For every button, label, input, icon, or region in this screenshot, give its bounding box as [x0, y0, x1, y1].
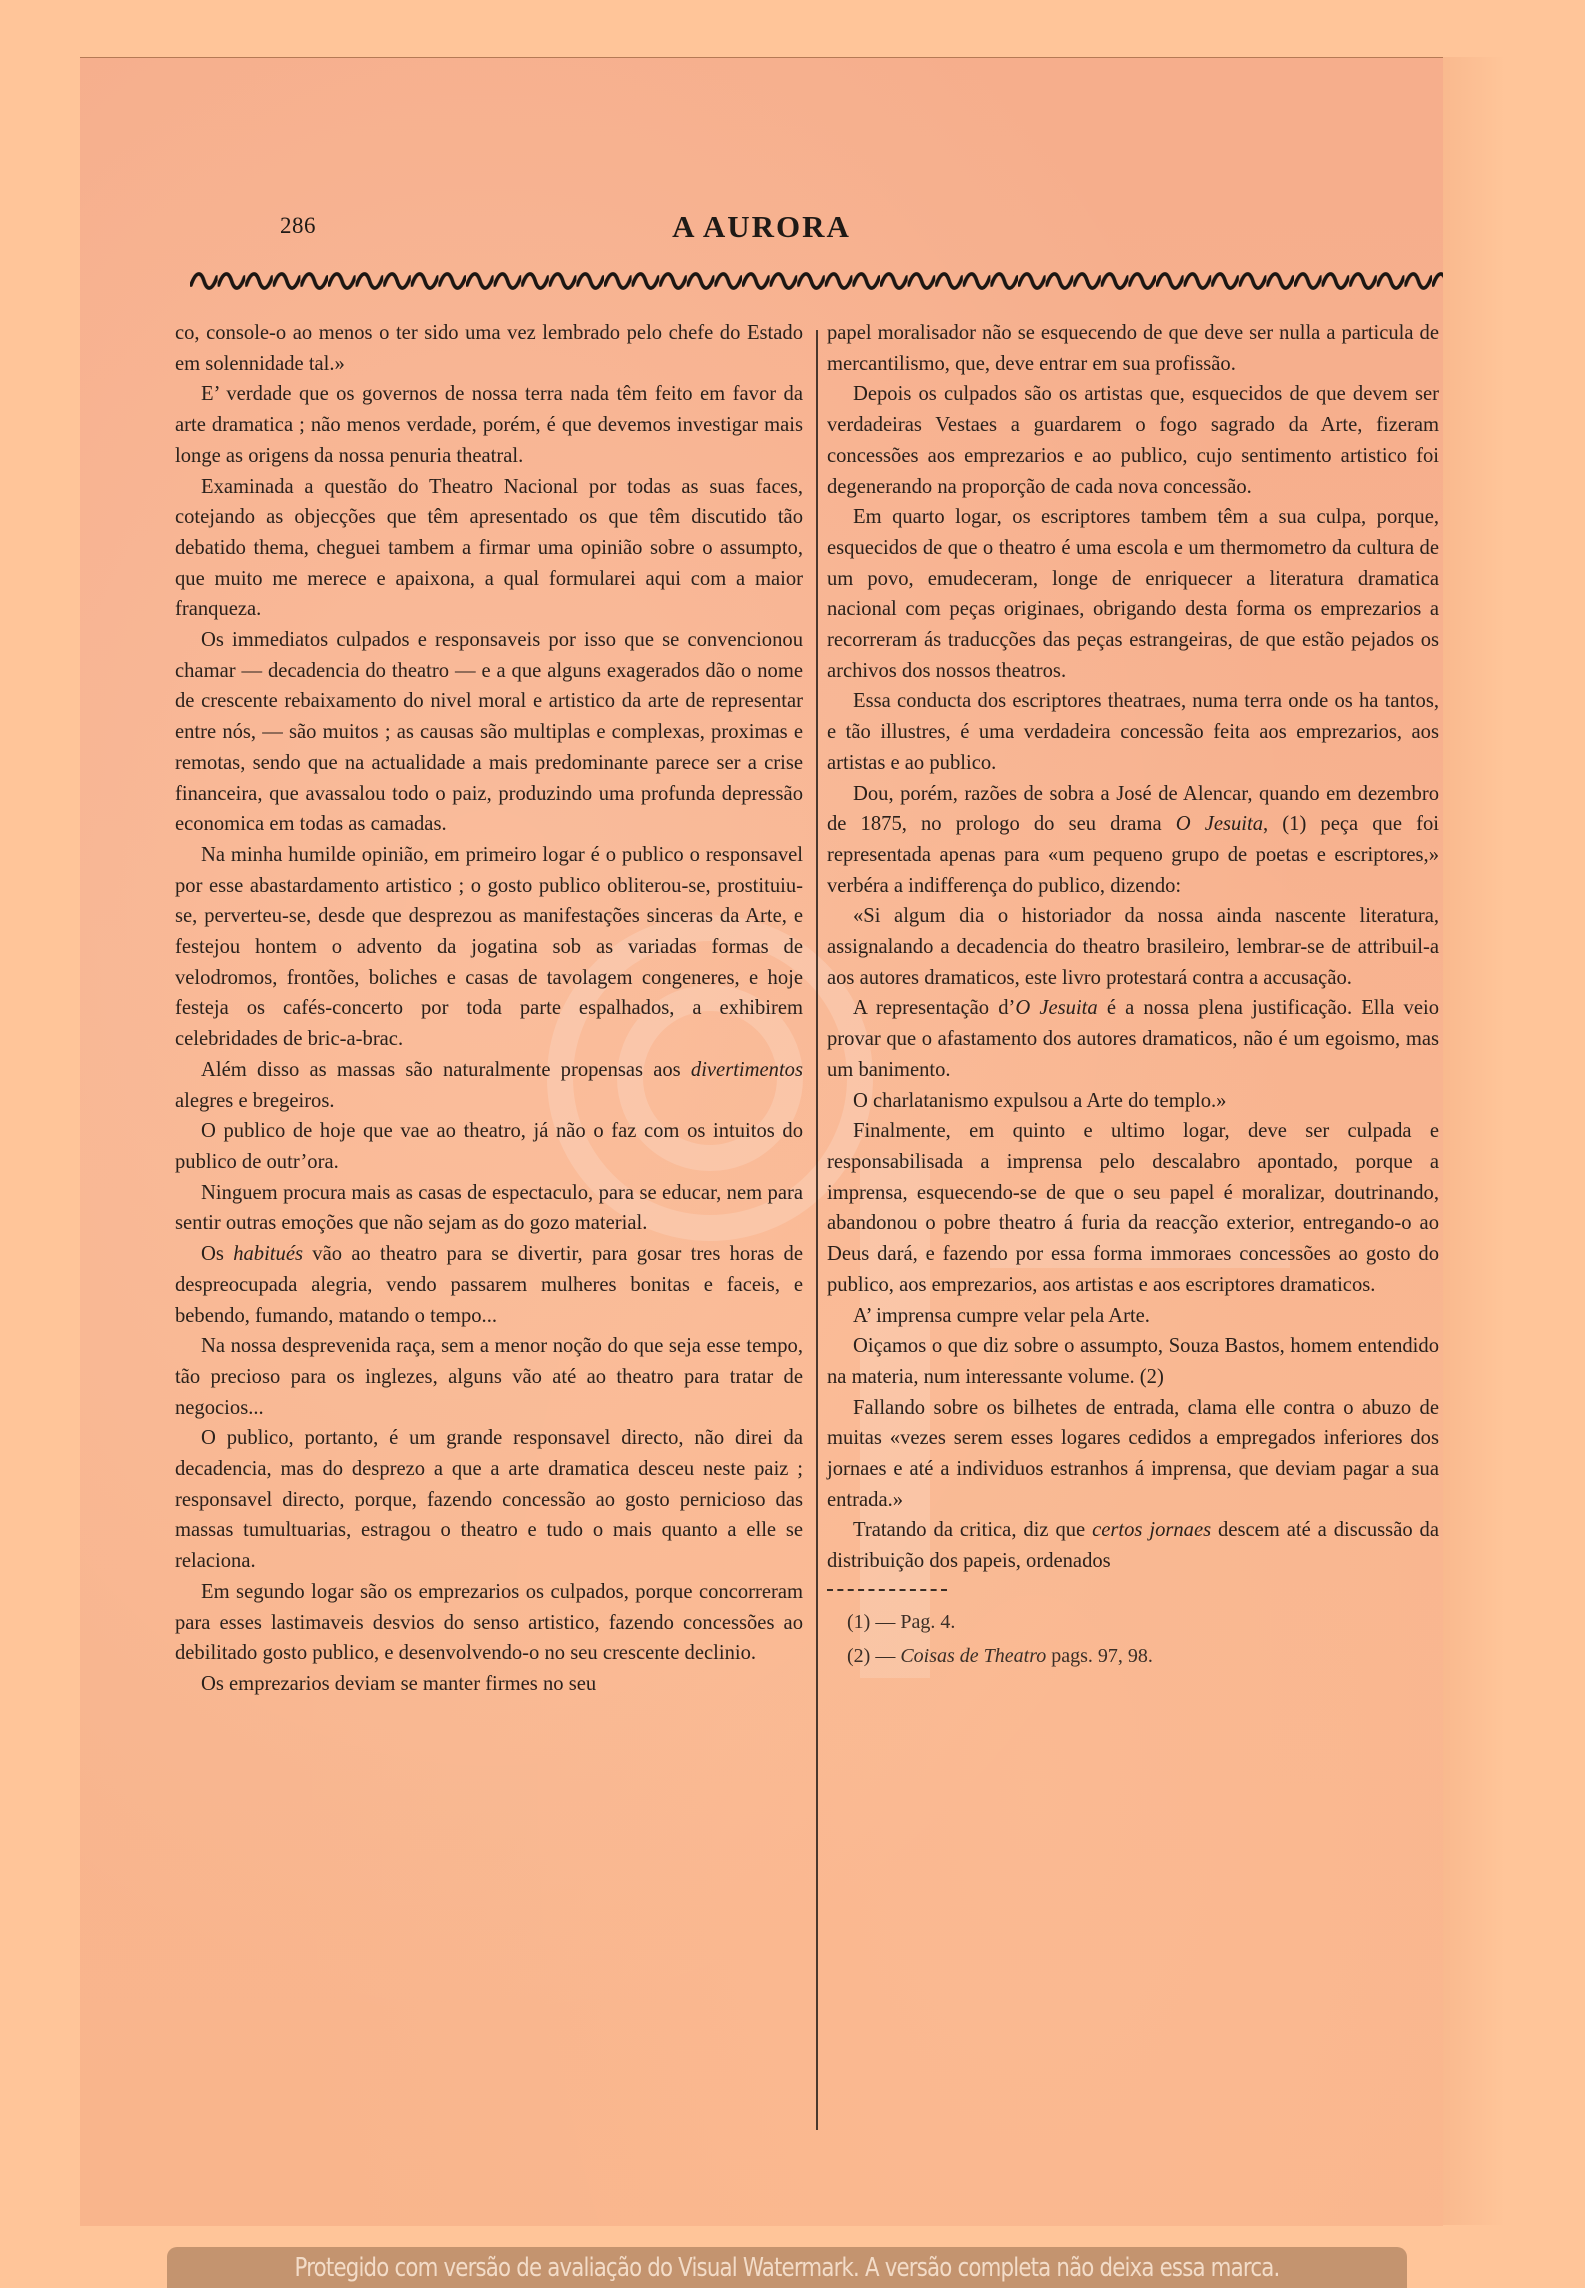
paragraph: E’ verdade que os governos de nossa terr…	[175, 379, 803, 471]
text-run: Tratando da critica, diz que	[853, 1519, 1092, 1541]
paragraph: Ninguem procura mais as casas de especta…	[175, 1178, 803, 1239]
paragraph: Na minha humilde opinião, em primeiro lo…	[175, 840, 803, 1055]
paragraph: Oiçamos o que diz sobre o assumpto, Souz…	[827, 1331, 1439, 1392]
italic-title: Coisas de Theatro	[900, 1645, 1046, 1667]
left-column: co, console-o ao menos o ter sido uma ve…	[175, 318, 803, 1700]
text-run: A representação d’	[853, 997, 1015, 1019]
paragraph: Na nossa desprevenida raça, sem a menor …	[175, 1331, 803, 1423]
paragraph: O publico, portanto, é um grande respons…	[175, 1423, 803, 1577]
text-run: Além disso as massas são naturalmente pr…	[201, 1059, 691, 1081]
paragraph: Em segundo logar são os emprezarios os c…	[175, 1577, 803, 1669]
paragraph: Dou, porém, razões de sobra a José de Al…	[827, 779, 1439, 902]
italic-term: divertimentos	[691, 1059, 803, 1081]
paragraph: O publico de hoje que vae ao theatro, já…	[175, 1116, 803, 1177]
italic-title: O Jesuita	[1176, 813, 1263, 835]
paragraph: Examinada a questão do Theatro Nacional …	[175, 472, 803, 626]
footnote-2: (2) — Coisas de Theatro pags. 97, 98.	[847, 1639, 1439, 1673]
right-column: papel moralisador não se esquecendo de q…	[827, 318, 1439, 1673]
quote-paragraph: «Si algum dia o historiador da nossa ain…	[827, 901, 1439, 993]
paragraph: Essa conducta dos escriptores theatraes,…	[827, 686, 1439, 778]
journal-title: A AURORA	[80, 209, 1443, 245]
paragraph: papel moralisador não se esquecendo de q…	[827, 318, 1439, 379]
wave-ornament-divider	[190, 269, 1443, 293]
text-run: alegres e bregeiros.	[175, 1090, 335, 1112]
paragraph: Os habitués vão ao theatro para se diver…	[175, 1239, 803, 1331]
footnote-1: (1) — Pag. 4.	[847, 1605, 1439, 1639]
paragraph: Tratando da critica, diz que certos jorn…	[827, 1515, 1439, 1576]
watermark-banner: Protegido com versão de avaliação do Vis…	[167, 2247, 1407, 2288]
footnote-separator	[827, 1589, 947, 1591]
italic-term: habitués	[233, 1243, 303, 1265]
paragraph: Em quarto logar, os escriptores tambem t…	[827, 502, 1439, 686]
text-run: (1) — Pag. 4.	[847, 1611, 955, 1633]
italic-term: certos jornaes	[1092, 1519, 1211, 1541]
paragraph: Depois os culpados são os artistas que, …	[827, 379, 1439, 502]
text-run: (2) —	[847, 1645, 900, 1667]
italic-title: O Jesuita	[1015, 997, 1097, 1019]
quote-paragraph: A representação d’O Jesuita é a nossa pl…	[827, 993, 1439, 1085]
quote-paragraph: O charlatanismo expulsou a Arte do templ…	[827, 1086, 1439, 1117]
paragraph: Os immediatos culpados e responsaveis po…	[175, 625, 803, 840]
running-head: 286 A AURORA	[80, 213, 1443, 253]
paragraph: A’ imprensa cumpre velar pela Arte.	[827, 1301, 1439, 1332]
paragraph: Finalmente, em quinto e ultimo logar, de…	[827, 1116, 1439, 1300]
paragraph: Fallando sobre os bilhetes de entrada, c…	[827, 1393, 1439, 1516]
text-run: pags. 97, 98.	[1046, 1645, 1153, 1667]
column-rule	[816, 330, 818, 2130]
paragraph: co, console-o ao menos o ter sido uma ve…	[175, 318, 803, 379]
paragraph: Além disso as massas são naturalmente pr…	[175, 1055, 803, 1116]
text-run: Os	[201, 1243, 233, 1265]
watermark-text: Protegido com versão de avaliação do Vis…	[279, 2253, 1296, 2283]
paragraph: Os emprezarios deviam se manter firmes n…	[175, 1669, 803, 1700]
